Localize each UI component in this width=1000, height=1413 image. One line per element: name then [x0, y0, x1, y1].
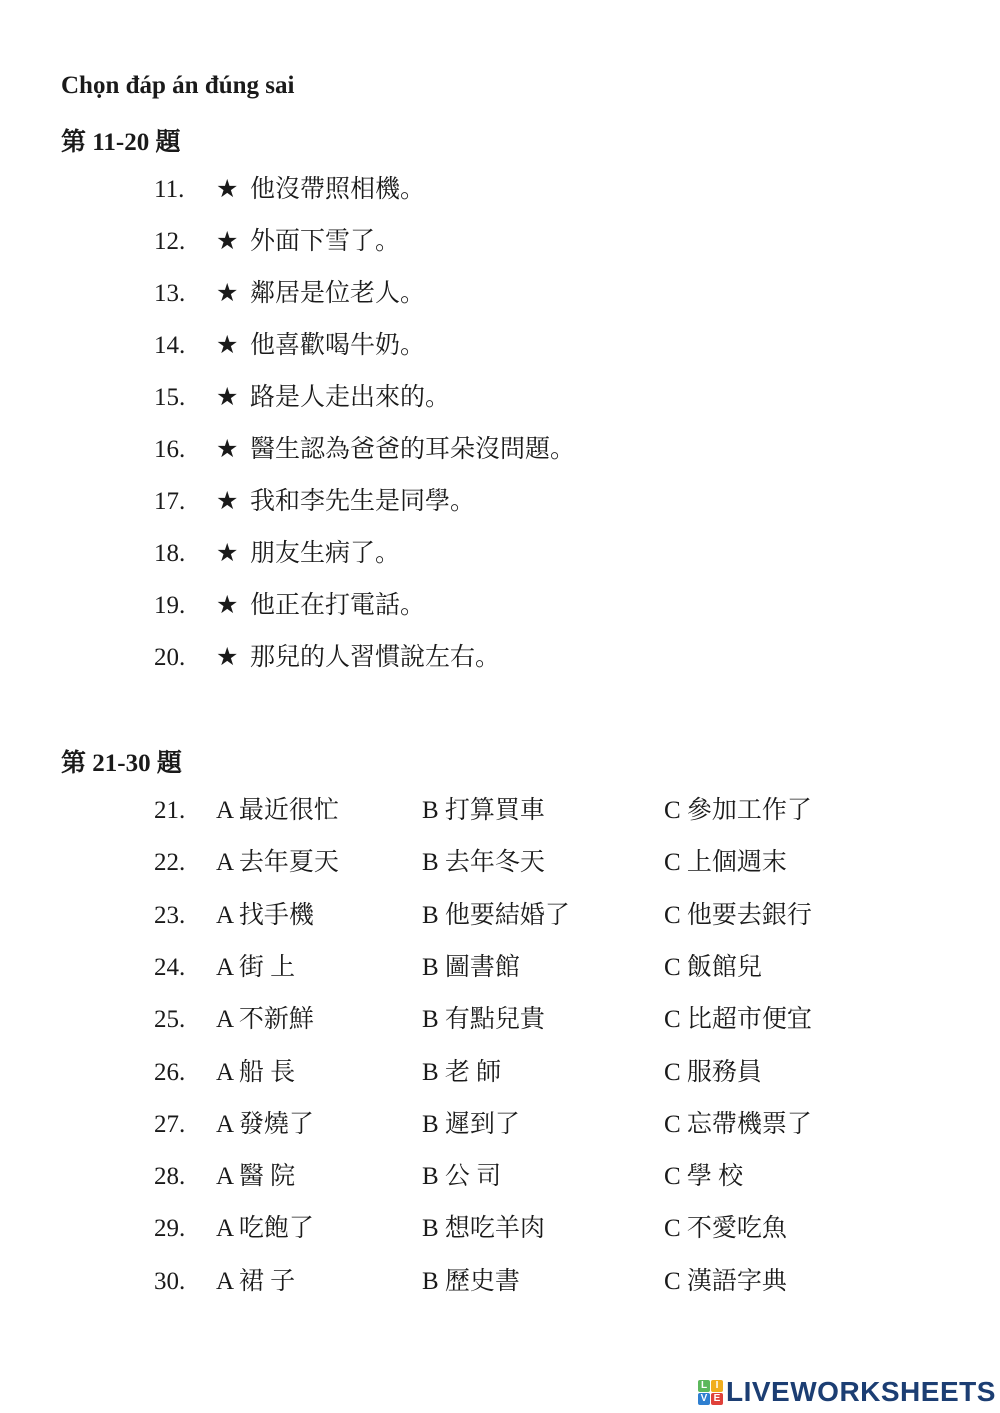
- question-number: 20.: [154, 640, 214, 676]
- question-number: 12.: [154, 224, 214, 260]
- question-number: 22.: [154, 845, 214, 881]
- option-a: A 去年夏天: [216, 845, 339, 881]
- option-c: C 漢語字典: [664, 1264, 787, 1300]
- star-icon: ★: [216, 536, 238, 572]
- option-c: C 上個週末: [664, 845, 787, 881]
- statement-text: 路是人走出來的。: [250, 380, 450, 416]
- statement-text: 鄰居是位老人。: [250, 276, 425, 312]
- question-number: 23.: [154, 898, 214, 934]
- option-c: C 服務員: [664, 1055, 762, 1091]
- option-b: B 老 師: [422, 1055, 501, 1091]
- star-icon: ★: [216, 380, 238, 416]
- option-a: A 街 上: [216, 950, 295, 986]
- option-b: B 歷史書: [422, 1264, 520, 1300]
- question-number: 21.: [154, 793, 214, 829]
- option-a: A 船 長: [216, 1055, 295, 1091]
- star-icon: ★: [216, 224, 238, 260]
- star-icon: ★: [216, 172, 238, 208]
- option-c: C 學 校: [664, 1159, 743, 1195]
- section-heading-11-20: 第 11-20 題: [61, 122, 180, 158]
- option-c: C 比超市便宜: [664, 1002, 812, 1038]
- statement-text: 我和李先生是同學。: [250, 484, 475, 520]
- question-number: 16.: [154, 432, 214, 468]
- question-number: 14.: [154, 328, 214, 364]
- option-b: B 想吃羊肉: [422, 1211, 545, 1247]
- question-number: 15.: [154, 380, 214, 416]
- question-number: 17.: [154, 484, 214, 520]
- option-c: C 忘帶機票了: [664, 1107, 812, 1143]
- option-a: A 不新鮮: [216, 1002, 314, 1038]
- option-a: A 醫 院: [216, 1159, 295, 1195]
- statement-text: 那兒的人習慣說左右。: [250, 640, 500, 676]
- statement-text: 醫生認為爸爸的耳朵沒問題。: [250, 432, 575, 468]
- statement-text: 他喜歡喝牛奶。: [250, 328, 425, 364]
- logo-tiles-icon: L I V E: [698, 1380, 723, 1405]
- option-a: A 裙 子: [216, 1264, 295, 1300]
- option-b: B 去年冬天: [422, 845, 545, 881]
- question-number: 27.: [154, 1107, 214, 1143]
- question-number: 25.: [154, 1002, 214, 1038]
- logo-tile-i: I: [711, 1380, 723, 1392]
- question-number: 18.: [154, 536, 214, 572]
- statement-text: 他沒帶照相機。: [250, 172, 425, 208]
- option-a: A 找手機: [216, 898, 314, 934]
- question-number: 19.: [154, 588, 214, 624]
- statement-text: 他正在打電話。: [250, 588, 425, 624]
- star-icon: ★: [216, 484, 238, 520]
- logo-text: LIVEWORKSHEETS: [726, 1376, 996, 1408]
- option-b: B 打算買車: [422, 793, 545, 829]
- section-heading-21-30: 第 21-30 題: [61, 743, 182, 779]
- option-b: B 圖書館: [422, 950, 520, 986]
- star-icon: ★: [216, 432, 238, 468]
- question-number: 24.: [154, 950, 214, 986]
- worksheet-title: Chọn đáp án đúng sai: [61, 72, 294, 100]
- option-b: B 公 司: [422, 1159, 501, 1195]
- statement-text: 外面下雪了。: [250, 224, 400, 260]
- star-icon: ★: [216, 328, 238, 364]
- star-icon: ★: [216, 588, 238, 624]
- logo-tile-l: L: [698, 1380, 710, 1392]
- logo-tile-e: E: [711, 1393, 723, 1405]
- question-number: 28.: [154, 1159, 214, 1195]
- question-number: 13.: [154, 276, 214, 312]
- option-b: B 有點兒貴: [422, 1002, 545, 1038]
- question-number: 30.: [154, 1264, 214, 1300]
- option-a: A 發燒了: [216, 1107, 314, 1143]
- option-b: B 遲到了: [422, 1107, 520, 1143]
- option-a: A 最近很忙: [216, 793, 339, 829]
- liveworksheets-logo: L I V E LIVEWORKSHEETS: [698, 1378, 996, 1406]
- question-number: 26.: [154, 1055, 214, 1091]
- option-b: B 他要結婚了: [422, 898, 570, 934]
- star-icon: ★: [216, 640, 238, 676]
- option-c: C 他要去銀行: [664, 898, 812, 934]
- logo-tile-v: V: [698, 1393, 710, 1405]
- option-a: A 吃飽了: [216, 1211, 314, 1247]
- star-icon: ★: [216, 276, 238, 312]
- question-number: 29.: [154, 1211, 214, 1247]
- statement-text: 朋友生病了。: [250, 536, 400, 572]
- option-c: C 不愛吃魚: [664, 1211, 787, 1247]
- question-number: 11.: [154, 172, 214, 208]
- option-c: C 參加工作了: [664, 793, 812, 829]
- option-c: C 飯館兒: [664, 950, 762, 986]
